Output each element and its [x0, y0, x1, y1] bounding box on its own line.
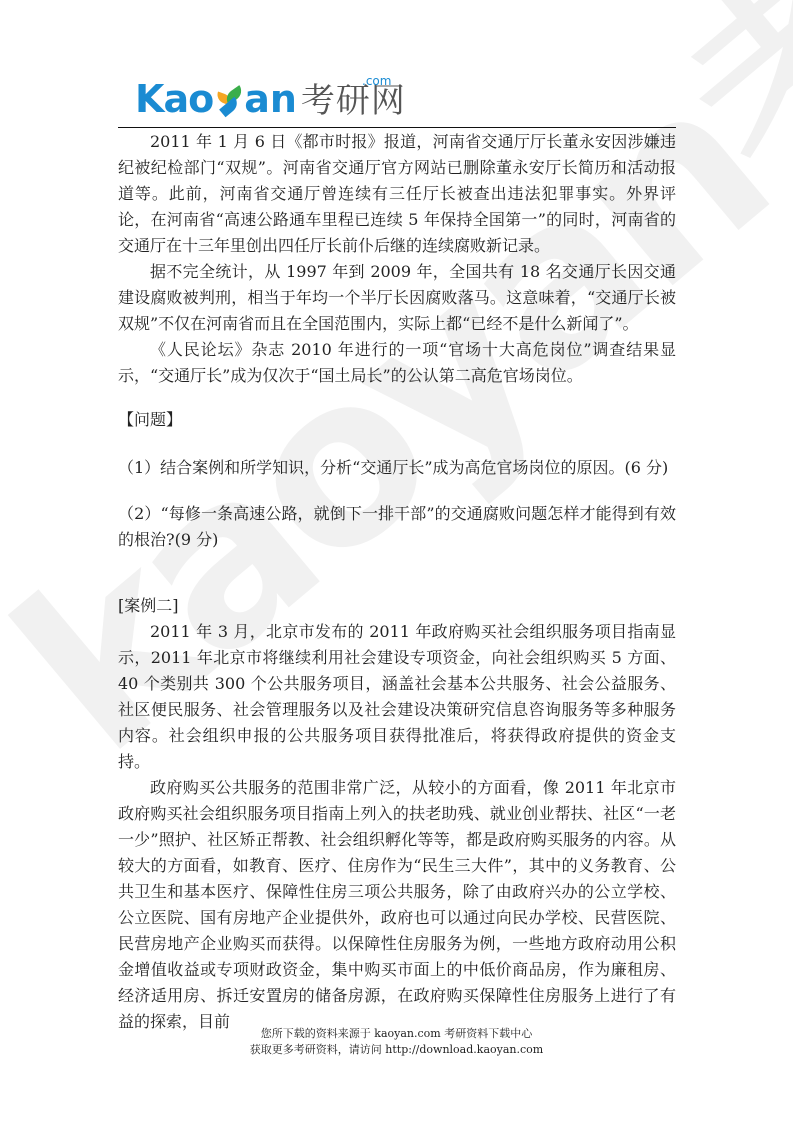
- case-one: 2011 年 1 月 6 日《都市时报》报道，河南省交通厅厅长董永安因涉嫌违纪被…: [118, 129, 676, 389]
- question-1: （1）结合案例和所学知识，分析“交通厅长”成为高危官场岗位的原因。(6 分): [118, 455, 676, 481]
- logo-domain-suffix: .com: [362, 74, 391, 88]
- logo-text-an: an: [244, 80, 297, 118]
- case2-paragraph-1: 2011 年 3 月，北京市发布的 2011 年政府购买社会组织服务项目指南显示…: [118, 619, 676, 775]
- case2-paragraph-2: 政府购买公共服务的范围非常广泛，从较小的方面看，像 2011 年北京市政府购买社…: [118, 775, 676, 1035]
- logo-text-chinese: 考研网: [301, 84, 406, 118]
- kaoyan-logo: Kao an .com 考研网: [135, 78, 406, 118]
- footer-visit-line: 获取更多考研资料，请访问 http://download.kaoyan.com: [0, 1042, 793, 1058]
- case1-paragraph-2: 据不完全统计，从 1997 年到 2009 年，全国共有 18 名交通厅长因交通…: [118, 259, 676, 337]
- logo-text-kao: Kao: [135, 80, 213, 118]
- document-body: 2011 年 1 月 6 日《都市时报》报道，河南省交通厅厅长董永安因涉嫌违纪被…: [118, 129, 676, 1035]
- case1-paragraph-3: 《人民论坛》杂志 2010 年进行的一项“官场十大高危岗位”调查结果显示，“交通…: [118, 337, 676, 389]
- case2-heading: [案例二]: [118, 593, 676, 619]
- header-rule: [118, 127, 676, 128]
- page-footer: 您所下载的资料来源于 kaoyan.com 考研资料下载中心 获取更多考研资料，…: [0, 1026, 793, 1058]
- logo-leaf-icon: [214, 84, 244, 118]
- questions-heading: 【问题】: [118, 407, 676, 433]
- case-two: [案例二] 2011 年 3 月，北京市发布的 2011 年政府购买社会组织服务…: [118, 593, 676, 1035]
- footer-source-line: 您所下载的资料来源于 kaoyan.com 考研资料下载中心: [0, 1026, 793, 1042]
- case1-paragraph-1: 2011 年 1 月 6 日《都市时报》报道，河南省交通厅厅长董永安因涉嫌违纪被…: [118, 129, 676, 259]
- question-2: （2）“每修一条高速公路，就倒下一排干部”的交通腐败问题怎样才能得到有效的根治?…: [118, 501, 676, 553]
